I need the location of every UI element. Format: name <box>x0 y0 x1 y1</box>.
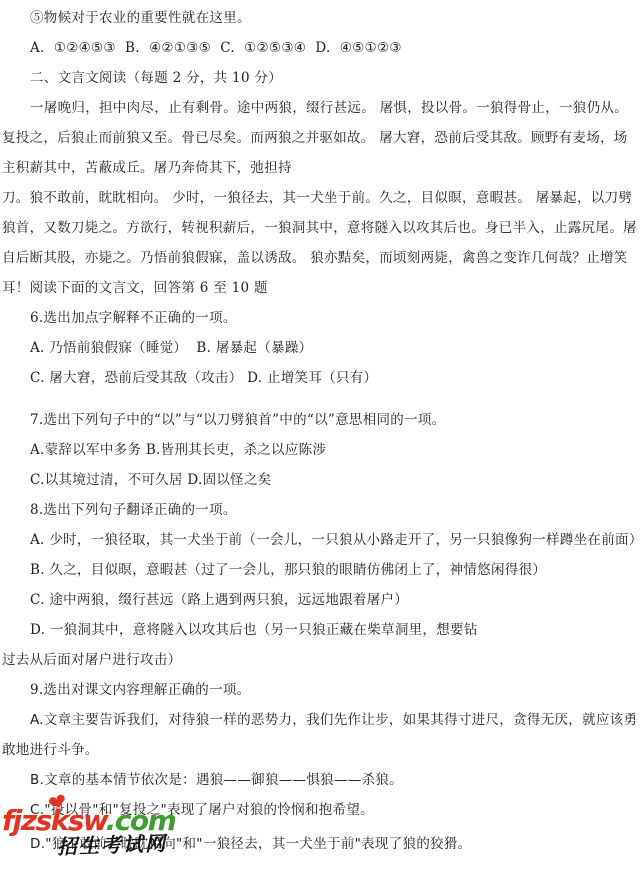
passage-line-5: 狼首，又数刀毙之。方欲行，转视积薪后，一狼洞其中，意将隧入以攻其后也。身已半入，… <box>0 213 643 243</box>
question-8-stem: 8.选出下列句子翻译正确的一项。 <box>0 495 643 525</box>
question-8-option-d-continued: 过去从后面对屠户进行攻击） <box>0 645 643 675</box>
question-6-stem: 6.选出加点字解释不正确的一项。 <box>0 303 643 333</box>
passage-line-3: 主积薪其中，苫蔽成丘。屠乃奔倚其下，弛担持 <box>0 153 643 183</box>
question-9-option-d: D."狼不敢前，眈眈相向"和"一狼径去，其一犬坐于前"表现了狼的狡猾。 <box>0 829 643 859</box>
question-9-option-b: B.文章的基本情节依次是：遇狼——御狼——惧狼——杀狼。 <box>0 765 643 795</box>
exam-page: ⑤物候对于农业的重要性就在这里。 A. ①②④⑤③ B. ④②①③⑤ C. ①②… <box>0 0 643 874</box>
question-9-option-c: C."投以骨"和"复投之"表现了屠户对狼的怜悯和抱希望。 <box>0 795 643 825</box>
question-5-choices: A. ①②④⑤③ B. ④②①③⑤ C. ①②⑤③④ D. ④⑤①②③ <box>0 33 643 63</box>
passage-line-7-instruction: 耳！阅读下面的文言文，回答第 6 至 10 题 <box>0 273 643 303</box>
passage-line-6: 自后断其股，亦毙之。乃悟前狼假寐，盖以诱敌。 狼亦黠矣，而顷刻两毙，禽兽之变诈几… <box>0 243 643 273</box>
section-2-heading: 二、文言文阅读（每题 2 分，共 10 分） <box>0 63 643 93</box>
question-8-option-d: D. 一狼洞其中，意将隧入以攻其后也（另一只狼正藏在柴草洞里，想要钻 <box>0 615 643 645</box>
question-6-options-ab: A. 乃悟前狼假寐（睡觉） B. 屠暴起（暴躁） <box>0 333 643 363</box>
question-9-stem: 9.选出对课文内容理解正确的一项。 <box>0 675 643 705</box>
question-7-options-cd: C.以其境过清，不可久居 D.固以怪之矣 <box>0 465 643 495</box>
passage-line-1: 一屠晚归，担中肉尽，止有剩骨。途中两狼，缀行甚远。 屠惧，投以骨。一狼得骨止，一… <box>0 93 643 123</box>
question-8-option-b: B. 久之，目似暝，意暇甚（过了一会儿，那只狼的眼睛仿佛闭上了，神情悠闲得很） <box>0 555 643 585</box>
item-5-phenology-sentence: ⑤物候对于农业的重要性就在这里。 <box>0 3 643 33</box>
passage-line-2: 复投之，后狼止而前狼又至。骨已尽矣。而两狼之并驱如故。 屠大窘，恐前后受其敌。顾… <box>0 123 643 153</box>
question-8-option-a: A. 少时，一狼径取，其一犬坐于前（一会儿，一只狼从小路走开了，另一只狼像狗一样… <box>0 525 643 555</box>
question-7-options-ab: A.蒙辞以军中多务 B.皆刑其长吏，杀之以应陈涉 <box>0 435 643 465</box>
question-8-option-c: C. 途中两狼，缀行甚远（路上遇到两只狼，远远地跟着屠户） <box>0 585 643 615</box>
question-9-option-a: A.文章主要告诉我们，对待狼一样的恶势力，我们先作让步，如果其得寸进尺，贪得无厌… <box>0 705 643 735</box>
passage-line-4: 刀。狼不敢前，眈眈相向。 少时，一狼径去，其一犬坐于前。久之，目似暝，意暇甚。 … <box>0 183 643 213</box>
question-7-stem: 7.选出下列句子中的“以”与“以刀劈狼首”中的“以”意思相同的一项。 <box>0 405 643 435</box>
question-6-options-cd: C. 屠大窘，恐前后受其敌（攻击） D. 止增笑耳（只有） <box>0 363 643 393</box>
question-9-option-a-continued: 敢地进行斗争。 <box>0 735 643 765</box>
